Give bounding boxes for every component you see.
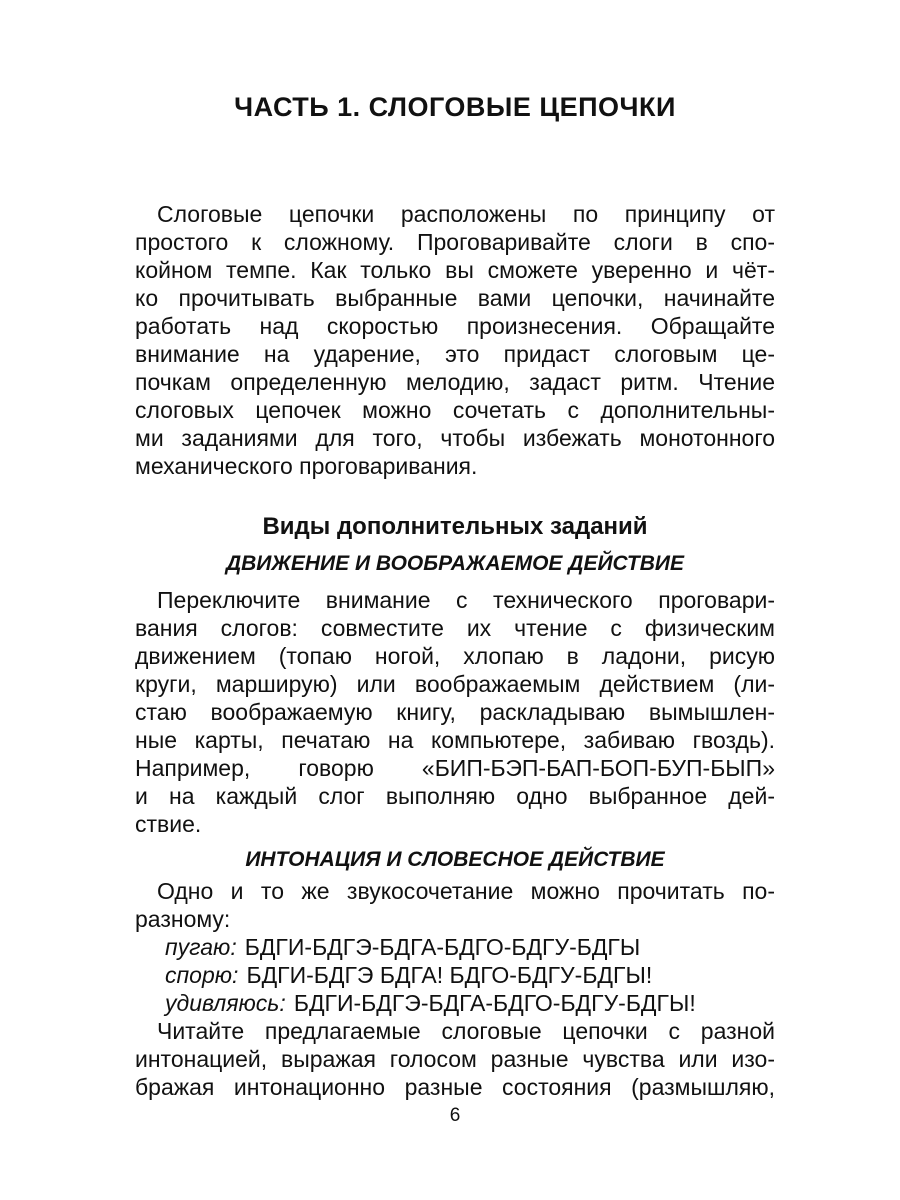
example-chain-text: БДГИ-БДГЭ-БДГА-БДГО-БДГУ-БДГЫ [245,934,640,960]
paragraph-line: Например, говорю «БИП-БЭП-БАП-БОП-БУП-БЫ… [135,754,775,782]
paragraph-line: Переключите внимание с технического прог… [135,586,775,614]
paragraph-line: механического проговаривания. [135,452,775,480]
example-lead-word: удивляюсь: [165,990,286,1016]
example-lead-word: пугаю: [165,934,237,960]
example-lead-word: спорю: [165,962,238,988]
paragraph-line: работать над скоростью произнесения. Обр… [135,312,775,340]
syllable-chain-example: пугаю:БДГИ-БДГЭ-БДГА-БДГО-БДГУ-БДГЫ [135,933,775,961]
syllable-chain-example: удивляюсь:БДГИ-БДГЭ-БДГА-БДГО-БДГУ-БДГЫ! [135,989,775,1017]
paragraph-line: ные карты, печатаю на компьютере, забива… [135,726,775,754]
intro-paragraph: Слоговые цепочки расположены по принципу… [135,200,775,480]
paragraph-line: внимание на ударение, это придаст слогов… [135,340,775,368]
paragraph-line: круги, марширую) или воображаемым действ… [135,670,775,698]
example-chain-text: БДГИ-БДГЭ-БДГА-БДГО-БДГУ-БДГЫ! [294,990,696,1016]
intonation-paragraph: Одно и то же звукосочетание можно прочит… [135,877,775,1017]
paragraph-line: почкам определенную мелодию, задаст ритм… [135,368,775,396]
section-heading-task-types: Виды дополнительных заданий [135,513,775,541]
paragraph-line: вания слогов: совместите их чтение с физ… [135,614,775,642]
syllable-chain-example: спорю:БДГИ-БДГЭ БДГА! БДГО-БДГУ-БДГЫ! [135,961,775,989]
paragraph-line: койном темпе. Как только вы сможете увер… [135,256,775,284]
chapter-title: ЧАСТЬ 1. СЛОГОВЫЕ ЦЕПОЧКИ [135,91,775,123]
subsection-heading-movement: ДВИЖЕНИЕ И ВООБРАЖАЕМОЕ ДЕЙСТВИЕ [135,550,775,578]
intonation-outro-paragraph: Читайте предлагаемые слоговые цепочки с … [135,1017,775,1101]
paragraph-line: Читайте предлагаемые слоговые цепочки с … [135,1017,775,1045]
paragraph-line: ми заданиями для того, чтобы избежать мо… [135,424,775,452]
example-chain-text: БДГИ-БДГЭ БДГА! БДГО-БДГУ-БДГЫ! [246,962,652,988]
paragraph-line: и на каждый слог выполняю одно выбранное… [135,782,775,810]
subsection-heading-intonation: ИНТОНАЦИЯ И СЛОВЕСНОЕ ДЕЙСТВИЕ [135,846,775,874]
paragraph-line: бражая интонационно разные состояния (ра… [135,1073,775,1101]
paragraph-line: Слоговые цепочки расположены по принципу… [135,200,775,228]
book-page: ЧАСТЬ 1. СЛОГОВЫЕ ЦЕПОЧКИ Слоговые цепоч… [0,0,900,1200]
paragraph-line: слоговых цепочек можно сочетать с дополн… [135,396,775,424]
paragraph-line: разному: [135,905,775,933]
paragraph-line: интонацией, выражая голосом разные чувст… [135,1045,775,1073]
paragraph-line: движением (топаю ногой, хлопаю в ладони,… [135,642,775,670]
paragraph-line: Одно и то же звукосочетание можно прочит… [135,877,775,905]
movement-paragraph: Переключите внимание с технического прог… [135,586,775,838]
paragraph-line: ко прочитывать выбранные вами цепочки, н… [135,284,775,312]
paragraph-line: простого к сложному. Проговаривайте слог… [135,228,775,256]
paragraph-line: ствие. [135,810,775,838]
page-number: 6 [135,1105,775,1127]
paragraph-line: стаю воображаемую книгу, раскладываю вым… [135,698,775,726]
